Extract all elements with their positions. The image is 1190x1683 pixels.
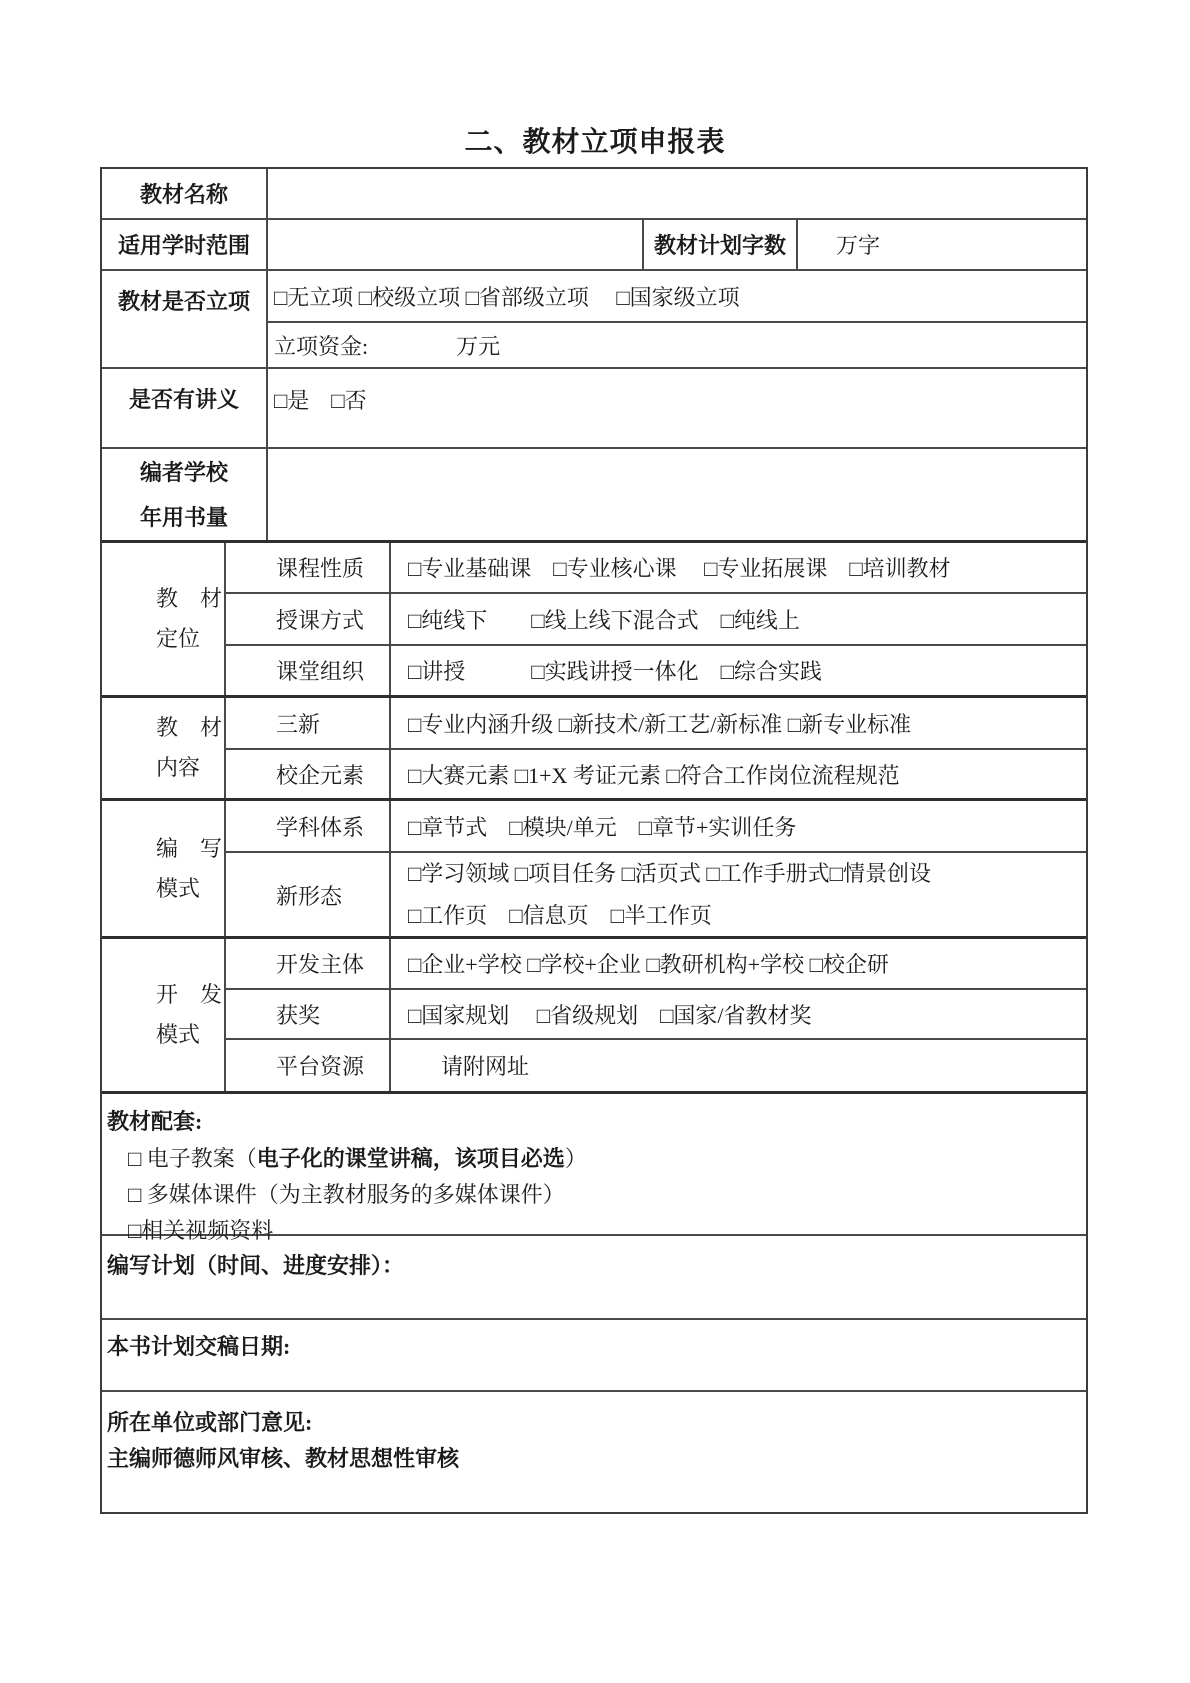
supporting-items: □ 电子教案（电子化的课堂讲稿，该项目必选） □ 多媒体课件（为主教材服务的多媒… <box>128 1141 1086 1249</box>
group-development-mode: 开 发 模式 开发主体 □企业+学校 □学校+企业 □教研机构+学校 □校企研 … <box>102 939 1086 1094</box>
unit-opinion-block: 所在单位或部门意见: 主编师德师风审核、教材思想性审核 <box>102 1392 1086 1477</box>
awards-options: □国家规划 □省级规划 □国家/省教材奖 <box>391 990 1086 1038</box>
application-form-table: 教材名称 适用学时范围 教材计划字数 万字 教材是否立项 □无立项 □校级立项 … <box>100 167 1088 1514</box>
project-funding: 立项资金: 万元 <box>268 323 1086 367</box>
project-status-options: □无立项 □校级立项 □省部级立项 □国家级立项 <box>268 271 1086 323</box>
planned-word-count-unit: 万字 <box>798 220 1086 269</box>
supporting-heading: 教材配套: <box>102 1094 1086 1136</box>
project-status-cells: □无立项 □校级立项 □省部级立项 □国家级立项 立项资金: 万元 <box>268 271 1086 367</box>
electronic-lesson-plan-suffix: ） <box>565 1146 587 1171</box>
row-school-enterprise-elements: 校企元素 □大赛元素 □1+X 考证元素 □符合工作岗位流程规范 <box>226 750 1086 798</box>
group-writing-rows: 学科体系 □章节式 □模块/单元 □章节+实训任务 新形态 □学习领域 □项目任… <box>226 801 1086 936</box>
manuscript-deadline-label: 本书计划交稿日期: <box>102 1320 1086 1361</box>
row-development-body: 开发主体 □企业+学校 □学校+企业 □教研机构+学校 □校企研 <box>226 939 1086 990</box>
school-enterprise-label: 校企元素 <box>226 750 391 798</box>
school-usage-label: 编者学校 年用书量 <box>102 449 268 540</box>
classroom-organization-options: □讲授 □实践讲授一体化 □综合实践 <box>391 646 1086 695</box>
course-nature-label: 课程性质 <box>226 543 391 592</box>
group-label-development-mode: 开 发 模式 <box>102 939 226 1091</box>
three-new-options: □专业内涵升级 □新技术/新工艺/新标准 □新专业标准 <box>391 698 1086 748</box>
row-teaching-mode: 授课方式 □纯线下 □线上线下混合式 □纯线上 <box>226 594 1086 646</box>
platform-resources-note: 请附网址 <box>391 1040 1086 1091</box>
page-title: 二、教材立项申报表 <box>0 120 1190 160</box>
group-writing-line1: 编 写 <box>156 829 222 869</box>
teaching-mode-label: 授课方式 <box>226 594 391 644</box>
project-status-label: 教材是否立项 <box>102 271 268 367</box>
unit-opinion-line2: 主编师德师风审核、教材思想性审核 <box>107 1441 1086 1477</box>
row-awards: 获奖 □国家规划 □省级规划 □国家/省教材奖 <box>226 990 1086 1040</box>
textbook-name-value <box>268 169 1086 218</box>
electronic-lesson-plan-note: 电子化的课堂讲稿，该项目必选 <box>257 1146 565 1171</box>
group-content-line1: 教 材 <box>156 708 222 748</box>
row-classroom-organization: 课堂组织 □讲授 □实践讲授一体化 □综合实践 <box>226 646 1086 695</box>
row-applicable-hours: 适用学时范围 教材计划字数 万字 <box>102 220 1086 271</box>
row-project-status: 教材是否立项 □无立项 □校级立项 □省部级立项 □国家级立项 立项资金: 万元 <box>102 271 1086 369</box>
school-usage-label-line1: 编者学校 <box>140 450 228 495</box>
electronic-lesson-plan-prefix: □ 电子教案（ <box>128 1146 257 1171</box>
group-positioning-rows: 课程性质 □专业基础课 □专业核心课 □专业拓展课 □培训教材 授课方式 □纯线… <box>226 543 1086 695</box>
group-label-textbook-content: 教 材 内容 <box>102 698 226 798</box>
textbook-name-label: 教材名称 <box>102 169 268 218</box>
row-unit-opinion: 所在单位或部门意见: 主编师德师风审核、教材思想性审核 <box>102 1392 1086 1512</box>
awards-label: 获奖 <box>226 990 391 1038</box>
applicable-hours-label: 适用学时范围 <box>102 220 268 269</box>
discipline-system-label: 学科体系 <box>226 801 391 851</box>
section-supporting-materials: 教材配套: □ 电子教案（电子化的课堂讲稿，该项目必选） □ 多媒体课件（为主教… <box>102 1094 1086 1236</box>
row-handout: 是否有讲义 □是 □否 <box>102 369 1086 449</box>
handout-label: 是否有讲义 <box>102 369 268 447</box>
new-format-options: □学习领域 □项目任务 □活页式 □工作手册式□情景创设 □工作页 □信息页 □… <box>391 853 1086 937</box>
group-positioning-line1: 教 材 <box>156 579 222 619</box>
row-manuscript-deadline: 本书计划交稿日期: <box>102 1320 1086 1392</box>
unit-opinion-line1: 所在单位或部门意见: <box>107 1405 1086 1441</box>
row-new-format: 新形态 □学习领域 □项目任务 □活页式 □工作手册式□情景创设 □工作页 □信… <box>226 853 1086 937</box>
row-three-new: 三新 □专业内涵升级 □新技术/新工艺/新标准 □新专业标准 <box>226 698 1086 750</box>
discipline-system-options: □章节式 □模块/单元 □章节+实训任务 <box>391 801 1086 851</box>
new-format-options-line2: □工作页 □信息页 □半工作页 <box>408 895 712 937</box>
platform-resources-label: 平台资源 <box>226 1040 391 1091</box>
supporting-item-multimedia-courseware: □ 多媒体课件（为主教材服务的多媒体课件） <box>128 1177 1086 1213</box>
group-writing-mode: 编 写 模式 学科体系 □章节式 □模块/单元 □章节+实训任务 新形态 □学习… <box>102 801 1086 939</box>
group-positioning-line2: 定位 <box>156 619 200 659</box>
teaching-mode-options: □纯线下 □线上线下混合式 □纯线上 <box>391 594 1086 644</box>
row-textbook-name: 教材名称 <box>102 169 1086 220</box>
document-page: 二、教材立项申报表 教材名称 适用学时范围 教材计划字数 万字 教材是否立项 □… <box>0 0 1190 1683</box>
school-enterprise-options: □大赛元素 □1+X 考证元素 □符合工作岗位流程规范 <box>391 750 1086 798</box>
group-content-rows: 三新 □专业内涵升级 □新技术/新工艺/新标准 □新专业标准 校企元素 □大赛元… <box>226 698 1086 798</box>
row-writing-plan: 编写计划（时间、进度安排）： <box>102 1236 1086 1320</box>
row-course-nature: 课程性质 □专业基础课 □专业核心课 □专业拓展课 □培训教材 <box>226 543 1086 594</box>
development-body-label: 开发主体 <box>226 939 391 988</box>
group-textbook-positioning: 教 材 定位 课程性质 □专业基础课 □专业核心课 □专业拓展课 □培训教材 授… <box>102 543 1086 698</box>
course-nature-options: □专业基础课 □专业核心课 □专业拓展课 □培训教材 <box>391 543 1086 592</box>
group-content-line2: 内容 <box>156 748 200 788</box>
school-usage-value <box>268 449 1086 540</box>
new-format-label: 新形态 <box>226 853 391 937</box>
group-development-line1: 开 发 <box>156 975 222 1015</box>
group-development-rows: 开发主体 □企业+学校 □学校+企业 □教研机构+学校 □校企研 获奖 □国家规… <box>226 939 1086 1091</box>
three-new-label: 三新 <box>226 698 391 748</box>
handout-options: □是 □否 <box>268 369 1086 447</box>
row-discipline-system: 学科体系 □章节式 □模块/单元 □章节+实训任务 <box>226 801 1086 853</box>
group-textbook-content: 教 材 内容 三新 □专业内涵升级 □新技术/新工艺/新标准 □新专业标准 校企… <box>102 698 1086 801</box>
applicable-hours-value <box>268 220 644 269</box>
new-format-options-line1: □学习领域 □项目任务 □活页式 □工作手册式□情景创设 <box>408 853 931 895</box>
planned-word-count-label: 教材计划字数 <box>644 220 798 269</box>
group-development-line2: 模式 <box>156 1015 200 1055</box>
school-usage-label-line2: 年用书量 <box>140 495 228 540</box>
row-school-usage: 编者学校 年用书量 <box>102 449 1086 543</box>
supporting-item-electronic-lesson-plan: □ 电子教案（电子化的课堂讲稿，该项目必选） <box>128 1141 1086 1177</box>
classroom-organization-label: 课堂组织 <box>226 646 391 695</box>
group-label-textbook-positioning: 教 材 定位 <box>102 543 226 695</box>
row-platform-resources: 平台资源 请附网址 <box>226 1040 1086 1091</box>
group-label-writing-mode: 编 写 模式 <box>102 801 226 936</box>
group-writing-line2: 模式 <box>156 869 200 909</box>
development-body-options: □企业+学校 □学校+企业 □教研机构+学校 □校企研 <box>391 939 1086 988</box>
